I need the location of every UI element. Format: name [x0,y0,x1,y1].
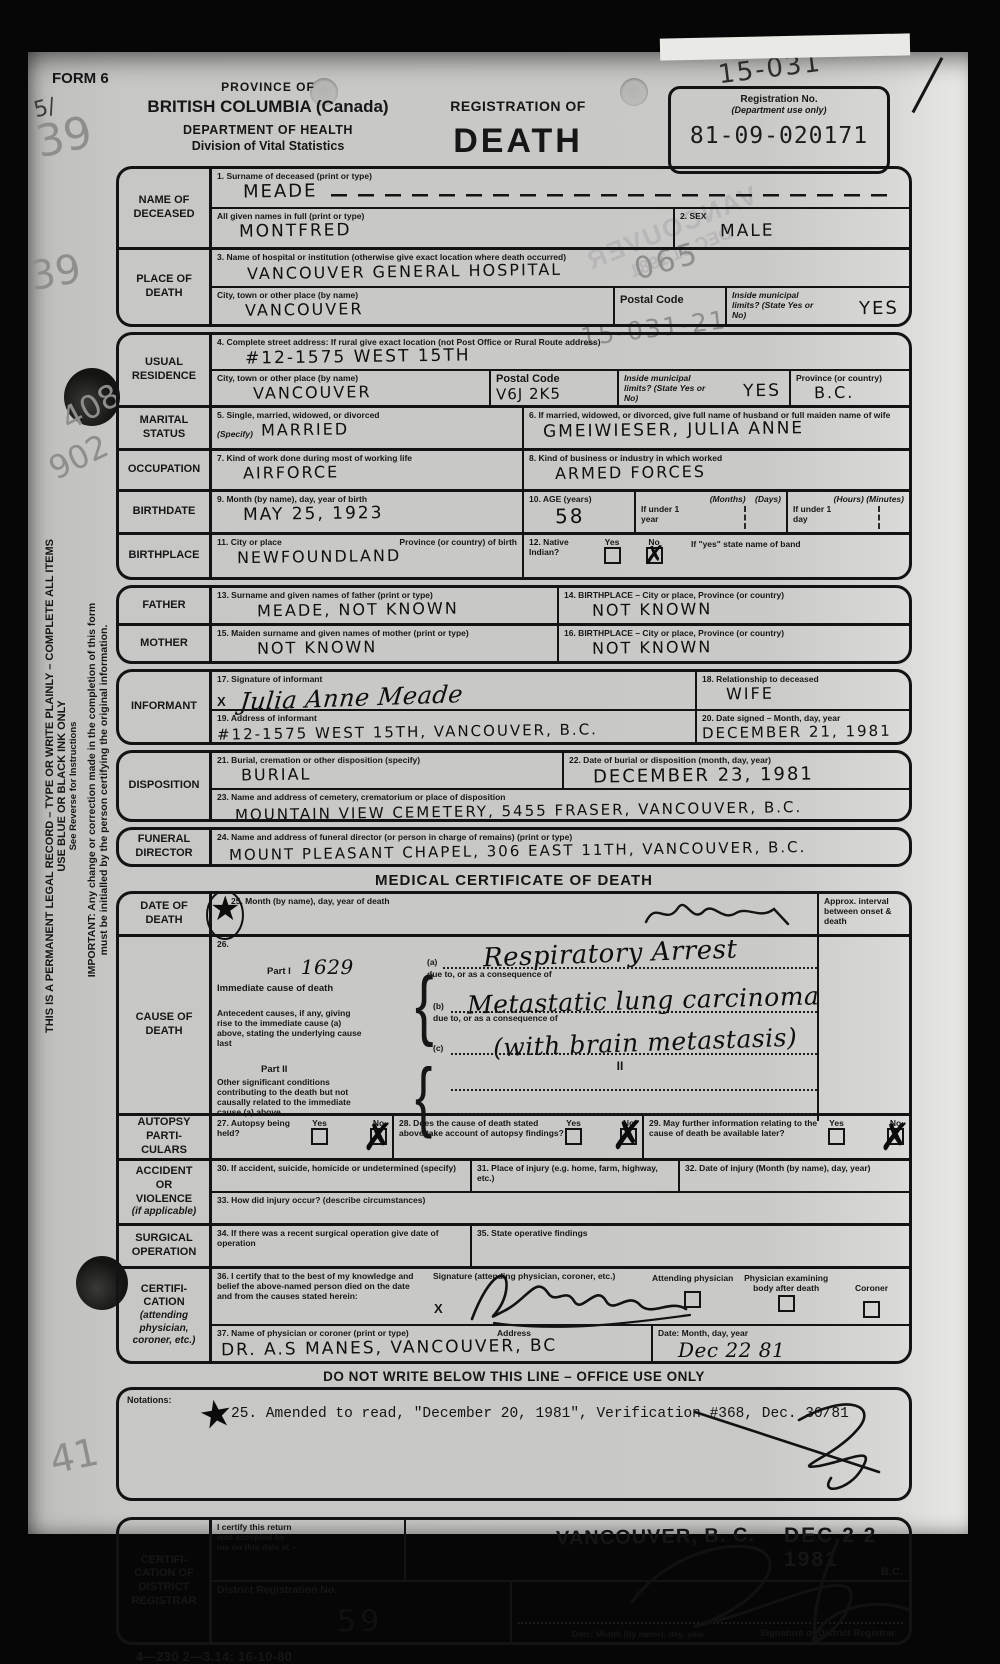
given-names-label: All given names in full (print or type) [217,211,668,221]
months-days-divider [744,506,746,529]
item-26: 26. [217,939,413,949]
accept-line3: me on this date at – [217,1542,399,1552]
notations-label: Notations: [127,1395,172,1406]
cert-date-value: Dec 22 81 [678,1338,785,1362]
section-informant: INFORMANT 17. Signature of informant X J… [119,672,909,742]
section-label-birthplace: BIRTHPLACE [119,535,212,577]
cert-label-5: coroner, etc.) [133,1335,196,1348]
residence-limits-label: Inside municipal limits? (State Yes or N… [624,373,712,403]
attending-checkbox [684,1291,701,1308]
father-name-label: 13. Surname and given names of father (p… [217,590,552,600]
immediate-cause-label: Immediate cause of death [217,983,413,994]
q29-no-label: No [887,1118,904,1128]
q28-no-checkbox [620,1128,637,1145]
part2-line1 [451,1089,817,1091]
section-place-of-death: PLACE OF DEATH 3. Name of hospital or in… [119,247,909,324]
q32-label: 32. Date of injury (Month (by name), day… [685,1163,904,1173]
physician-scrawl-date-of-death [642,898,792,928]
section-label-registrar: CERTIFI- CATION OF DISTRICT REGISTRAR [119,1520,212,1606]
section-label-certification: CERTIFI- CATION (attending physician, co… [119,1269,212,1361]
section-label-disposition-text: DISPOSITION [129,779,200,793]
section-birthdate: BIRTHDATE 9. Month (by name), day, year … [119,489,909,532]
section-label-marital-text: MARITAL STATUS [121,414,207,442]
section-label-residence-text: USUAL RESIDENCE [121,356,207,384]
section-label-place: PLACE OF DEATH [119,250,212,324]
part2-desc: Other significant conditions contributin… [217,1077,377,1117]
industry-value: ARMED FORCES [555,462,706,483]
informant-address-value: #12-1575 WEST 15TH, VANCOUVER, B.C. [217,720,598,743]
group-informant: INFORMANT 17. Signature of informant X J… [116,669,912,745]
section-cause-of-death: CAUSE OF DEATH 26. Part I 1629 Immediate… [119,934,909,1113]
medical-certificate-title: MEDICAL CERTIFICATE OF DEATH [116,872,912,889]
given-names-value: MONTFRED [239,220,352,242]
death-limits-value: YES [859,298,899,320]
q30-label: 30. If accident, suicide, homicide or un… [217,1163,465,1173]
cause-c-value: (with brain metastasis) [493,1023,798,1063]
relationship-label: 18. Relationship to deceased [702,674,904,684]
section-label-place-text: PLACE OF DEATH [121,273,207,301]
section-label-disposition: DISPOSITION [119,753,212,819]
form-number: FORM 6 [52,70,109,87]
marital-value: MARRIED [261,419,349,439]
section-label-mother-text: MOTHER [140,637,188,651]
death-postal-label: Postal Code [620,294,720,306]
group-district-registrar: CERTIFI- CATION OF DISTRICT REGISTRAR I … [116,1517,912,1606]
q34-label: 34. If there was a recent surgical opera… [217,1228,465,1248]
section-label-cause: CAUSE OF DEATH [119,937,212,1113]
cert-label-4: physician, [140,1323,189,1336]
q27-no-checkbox [370,1128,387,1145]
registration-no-sublabel: (Department use only) [671,105,887,115]
industry-label: 8. Kind of business or industry in which… [529,453,904,463]
section-label-surgical: SURGICAL OPERATION [119,1226,212,1266]
physician-name-value: DR. A.S MANES, VANCOUVER, BC [221,1336,557,1361]
section-funeral-director: FUNERAL DIRECTOR 24. Name and address of… [119,830,909,864]
section-disposition: DISPOSITION 21. Burial, cremation or oth… [119,753,909,819]
province-block: PROVINCE OF BRITISH COLUMBIA (Canada) DE… [118,80,418,153]
disposition-date-value: DECEMBER 23, 1981 [593,763,814,787]
section-label-informant: INFORMANT [119,672,212,742]
examining-checkbox [778,1295,795,1312]
section-father: FATHER 13. Surname and given names of fa… [119,588,909,623]
group-medical-certificate: DATE OF DEATH 25. Month (by name), day, … [116,891,912,1364]
section-label-date-of-death: DATE OF DEATH [119,894,212,934]
registration-no-value: 81-09-020171 [671,123,887,149]
registration-of: REGISTRATION OF [418,98,618,114]
section-label-autopsy: AUTOPSY PARTI- CULARS [119,1116,212,1158]
work-value: AIRFORCE [243,462,339,482]
native-yes-label: Yes [604,537,621,547]
q29-yes-checkbox [828,1128,845,1145]
address-label: Address [497,1328,531,1338]
office-use-divider: DO NOT WRITE BELOW THIS LINE – OFFICE US… [116,1369,912,1384]
father-birthplace-value: NOT KNOWN [592,599,713,620]
birthplace-province-label: Province (or country) of birth [399,537,517,547]
attending-physician-label: Attending physician [652,1273,733,1283]
native-yes-checkbox [604,547,621,564]
section-label-birthdate-text: BIRTHDATE [133,505,196,519]
interval-label: Approx. interval between onset & death [824,896,904,926]
q28-label: 28. Does the cause of death stated above… [399,1118,565,1156]
cert-date-label: Date: Month, day, year [658,1328,904,1338]
province-of: PROVINCE OF [118,80,418,94]
interval-column-empty [817,937,909,1121]
part1-label: Part I [267,966,291,977]
part2-label: Part II [261,1064,413,1075]
sex-value: MALE [720,221,775,242]
coroner-label: Coroner [839,1283,904,1293]
section-occupation: OCCUPATION 7. Kind of work done during m… [119,448,909,489]
sex-label: 2. SEX [680,211,904,221]
residence-postal-value: V6J 2K5 [496,385,561,404]
physician-sig-x: X [434,1301,443,1316]
autopsy-label-3: CULARS [141,1144,187,1158]
mother-name-label: 15. Maiden surname and given names of mo… [217,628,552,638]
section-label-father: FATHER [119,588,212,623]
section-accident-violence: ACCIDENT OR VIOLENCE (if applicable) 30.… [119,1158,909,1223]
native-indian-label: 12. Native Indian? [529,537,591,569]
margin-important-line2: must be initialled by the person certify… [98,410,110,1170]
antecedent-label: Antecedent causes, if any, giving rise t… [217,1008,367,1048]
section-label-residence: USUAL RESIDENCE [119,335,212,405]
margin-legal-text: THIS IS A PERMANENT LEGAL RECORD – TYPE … [44,412,79,1160]
q33-label: 33. How did injury occur? (describe circ… [217,1195,904,1205]
section-district-registrar: CERTIFI- CATION OF DISTRICT REGISTRAR I … [119,1520,909,1606]
section-birthplace: BIRTHPLACE 11. City or place Province (o… [119,532,909,577]
registration-number-box: Registration No. (Department use only) 8… [668,86,890,174]
division-vital-statistics: Division of Vital Statistics [118,139,418,153]
cemetery-value: MOUNTAIN VIEW CEMETERY, 5455 FRASER, VAN… [235,798,802,822]
margin-pencil-39-second: 39 [26,246,84,300]
date-signed-value: DECEMBER 21, 1981 [702,722,892,743]
amendment-star: ★ [210,892,240,926]
age-value: 58 [555,504,585,528]
q27-yes-label: Yes [311,1118,328,1128]
death-limits-label: Inside municipal limits? (State Yes or N… [732,290,824,320]
disposition-type-value: BURIAL [241,765,312,785]
cause-b-line [451,1011,817,1013]
registrar-signature-scrawl [602,1517,912,1606]
age-label: 10. AGE (years) [529,494,629,504]
section-usual-residence: USUAL RESIDENCE 4. Complete street addre… [119,335,909,405]
residence-province-value: B.C. [814,383,855,403]
british-columbia: BRITISH COLUMBIA (Canada) [118,97,418,117]
registrar-label-1: CERTIFI- [141,1554,187,1568]
section-label-marital: MARITAL STATUS [119,408,212,448]
father-birthplace-label: 14. BIRTHPLACE – City or place, Province… [564,590,904,600]
district-regno-label: District Registration No. [217,1584,505,1596]
department-of-health: DEPARTMENT OF HEALTH [118,123,418,137]
group-name-place: NAME OF DECEASED 1. Surname of deceased … [116,166,912,327]
q28-yes-checkbox [565,1128,582,1145]
coroner-checkbox [863,1301,880,1318]
punch-hole-top-right [620,78,648,106]
under-day-label: If under 1 day [793,504,839,524]
group-disposition: DISPOSITION 21. Burial, cremation or oth… [116,750,912,822]
q28-no-label: No [620,1118,637,1128]
accident-label-2: OR [156,1179,173,1193]
section-label-name-text: NAME OF DECEASED [121,194,207,222]
q29-yes-label: Yes [828,1118,845,1128]
section-autopsy: AUTOPSY PARTI- CULARS 27. Autopsy being … [119,1113,909,1158]
residence-city-value: VANCOUVER [253,382,372,403]
q31-label: 31. Place of injury (e.g. home, farm, hi… [477,1163,673,1183]
section-certification: CERTIFI- CATION (attending physician, co… [119,1266,909,1361]
residence-postal-label: Postal Code [496,373,612,385]
form-body: NAME OF DECEASED 1. Surname of deceased … [116,166,912,1606]
residence-province-label: Province (or country) [796,373,904,383]
band-label: If "yes" state name of band [691,539,801,569]
section-label-father-text: FATHER [142,599,185,613]
section-label-informant-text: INFORMANT [131,700,197,714]
accident-label-3: VIOLENCE [136,1193,192,1207]
birthplace-city-label: 11. City or place [217,537,282,547]
disposition-type-label: 21. Burial, cremation or other dispositi… [217,755,557,765]
margin-legal-line2: USE BLUE OR BLACK INK ONLY [56,412,68,1160]
registration-title-block: REGISTRATION OF DEATH [418,98,618,161]
mother-birthplace-label: 16. BIRTHPLACE – City or place, Province… [564,628,904,638]
birthplace-value: NEWFOUNDLAND [237,546,401,567]
funeral-value: MOUNT PLEASANT CHAPEL, 306 EAST 11TH, VA… [229,838,807,864]
section-label-occupation-text: OCCUPATION [128,463,200,477]
marital-label: 5. Single, married, widowed, or divorced [217,410,517,420]
registrar-label-3: DISTRICT [139,1581,190,1595]
q36-label: 36. I certify that to the best of my kno… [217,1271,423,1301]
informant-x: X [217,694,226,709]
margin-legal-line3: See Reverse for Instructions [68,412,79,1160]
accept-line2: was accepted by [217,1532,399,1542]
hospital-value: VANCOUVER GENERAL HOSPITAL [247,260,562,283]
checkmark-stroke [912,57,943,113]
mother-birthplace-value: NOT KNOWN [592,637,713,658]
scanned-death-certificate: FORM 6 5/ 39 39 PROVINCE OF BRITISH COLU… [28,52,968,1534]
q27-label: 27. Autopsy being held? [217,1118,311,1156]
section-label-birthdate: BIRTHDATE [119,492,212,532]
section-label-date-of-death-text: DATE OF DEATH [121,900,207,928]
registrar-label-2: CATION OF [134,1567,194,1581]
disposition-date-label: 22. Date of burial or disposition (month… [569,755,904,765]
margin-pencil-39-top: 39 [31,107,96,169]
section-marital-status: MARITAL STATUS 5. Single, married, widow… [119,405,909,448]
q27-no-label: No [370,1118,387,1128]
q27-yes-checkbox [311,1128,328,1145]
line-c-label: (c) [433,1043,443,1053]
section-date-of-death: DATE OF DEATH 25. Month (by name), day, … [119,894,909,934]
section-mother: MOTHER 15. Maiden surname and given name… [119,623,909,661]
cause-c-line [451,1053,817,1055]
accident-label-4: (if applicable) [132,1206,196,1219]
marital-specify-label: (Specify) [217,429,253,439]
accident-label-1: ACCIDENT [136,1165,193,1179]
margin-legal-line1: THIS IS A PERMANENT LEGAL RECORD – TYPE … [44,412,56,1160]
native-no-checkbox [646,547,663,564]
notation-signature-scrawl [679,1387,889,1496]
section-label-accident: ACCIDENT OR VIOLENCE (if applicable) [119,1161,212,1223]
margin-important-line1: IMPORTANT: Any change or correction made… [86,410,98,1170]
q35-label: 35. State operative findings [477,1228,904,1238]
street-label: 4. Complete street address: If rural giv… [217,337,904,347]
group-notations: Notations: ★ 25. Amended to read, "Decem… [116,1387,912,1501]
surname-value: MEADE [243,180,318,202]
section-label-occupation: OCCUPATION [119,451,212,489]
residence-limits-value: YES [743,381,781,402]
work-label: 7. Kind of work done during most of work… [217,453,517,463]
death-title: DEATH [418,122,618,161]
cert-label-2: CATION [143,1296,184,1310]
surname-dashes [331,182,898,198]
spouse-value: GMEIWIESER, JULIA ANNE [543,418,804,442]
under-year-label: If under 1 year [641,504,687,524]
section-label-funeral-text: FUNERAL DIRECTOR [121,833,207,861]
section-label-name: NAME OF DECEASED [119,169,212,247]
street-value: #12-1575 WEST 15TH [245,345,471,368]
hours-minutes-divider [878,506,880,529]
group-parents: FATHER 13. Surname and given names of fa… [116,585,912,664]
registration-no-label: Registration No. [671,94,887,105]
q29-label: 29. May further information relating to … [649,1118,828,1156]
birthdate-value: MAY 25, 1923 [243,503,384,525]
group-funeral-director: FUNERAL DIRECTOR 24. Name and address of… [116,827,912,867]
part2-line2 [451,1113,817,1115]
section-label-mother: MOTHER [119,626,212,661]
mother-name-value: NOT KNOWN [257,637,378,658]
father-name-value: MEADE, NOT KNOWN [257,599,459,621]
cert-label-1: CERTIFI- [141,1283,187,1297]
months-days-label: (Months) (Days) [641,494,781,504]
hours-minutes-label: (Hours) (Minutes) [793,494,904,504]
death-city-label: City, town or other place (by name) [217,290,608,300]
accept-line1: I certify this return [217,1522,399,1532]
q29-no-checkbox [887,1128,904,1145]
examining-physician-label: Physician examining body after death [733,1273,839,1293]
line-b-label: (b) [433,1001,444,1011]
surname-label: 1. Surname of deceased (print or type) [217,171,904,181]
surgical-label-1: SURGICAL [135,1232,192,1246]
native-no-label: No [646,537,663,547]
autopsy-label-1: AUTOPSY [138,1116,191,1130]
cause-a-line [443,967,817,969]
q28-yes-label: Yes [565,1118,582,1128]
group-residence-birthplace: USUAL RESIDENCE 4. Complete street addre… [116,332,912,580]
surgical-label-2: OPERATION [132,1246,197,1260]
section-label-birthplace-text: BIRTHPLACE [129,549,200,563]
relationship-value: WIFE [726,684,774,704]
registrar-label-4: REGISTRAR [132,1595,197,1606]
section-name-of-deceased: NAME OF DECEASED 1. Surname of deceased … [119,169,909,247]
margin-important-text: IMPORTANT: Any change or correction made… [86,410,110,1170]
section-label-cause-text: CAUSE OF DEATH [121,1011,207,1039]
autopsy-label-2: PARTI- [146,1130,182,1144]
cert-label-3: (attending [140,1310,188,1323]
part2-mark: II [423,1059,817,1073]
margin-pencil-41: 41 [46,1429,102,1482]
section-label-funeral: FUNERAL DIRECTOR [119,830,212,864]
death-city-value: VANCOUVER [245,299,364,320]
section-surgical: SURGICAL OPERATION 34. If there was a re… [119,1223,909,1266]
part1-code: 1629 [301,955,354,979]
